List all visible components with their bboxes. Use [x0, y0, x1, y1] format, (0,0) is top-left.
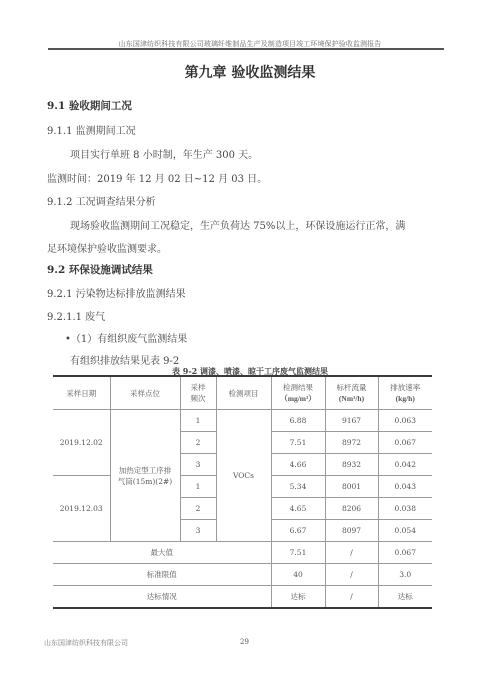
header-result-label: 检测结果 — [283, 383, 313, 392]
summary-flow: / — [325, 564, 378, 586]
cell-date: 2019.12.03 — [53, 476, 110, 542]
header-date: 采样日期 — [53, 376, 110, 410]
cell-frequency: 1 — [180, 476, 216, 498]
section-heading-9-1-2: 9.1.2 工况调查结果分析 — [47, 193, 156, 208]
paragraph-shift: 项目实行单班 8 小时制，年生产 300 天。 — [70, 146, 258, 161]
table-header-row: 采样日期 采样点位 采样频次 检测项目 检测结果（mg/m³） 标杆流量(Nm³… — [53, 376, 432, 410]
cell-result: 5.34 — [271, 476, 325, 498]
section-heading-9-2-1-1: 9.2.1.1 废气 — [47, 308, 105, 323]
header-rate-label: 排放速率 — [390, 383, 420, 392]
cell-flow: 8097 — [325, 520, 378, 542]
header-rate-unit: (kg/h) — [396, 394, 415, 403]
header-rate: 排放速率(kg/h) — [378, 376, 432, 410]
cell-result: 7.51 — [271, 432, 325, 454]
table-row: 2019.12.02 加热定型工序排气筒(15m)(2#) 1 VOCs 6.8… — [53, 410, 432, 432]
chapter-title: 第九章 验收监测结果 — [0, 62, 500, 82]
cell-rate: 0.043 — [378, 476, 432, 498]
section-heading-9-1-1: 9.1.1 监测期间工况 — [47, 122, 136, 137]
page-number: 29 — [240, 638, 249, 646]
cell-item: VOCs — [216, 410, 271, 542]
summary-rate: 0.067 — [378, 542, 432, 564]
paragraph-monitoring-time: 监测时间：2019 年 12 月 02 日~12 月 03 日。 — [47, 170, 267, 185]
header-item: 检测项目 — [216, 376, 271, 410]
paragraph-analysis-line-1: 现场验收监测期间工况稳定，生产负荷达 75%以上，环保设施运行正常，满 — [70, 217, 405, 232]
cell-flow: 8001 — [325, 476, 378, 498]
cell-flow: 9167 — [325, 410, 378, 432]
header-result: 检测结果（mg/m³） — [271, 376, 325, 410]
sampling-point-line-2: 气筒(15m)(2#) — [118, 477, 172, 486]
section-heading-9-2-1: 9.2.1 污染物达标排放监测结果 — [47, 285, 186, 300]
summary-row-max: 最大值 7.51 / 0.067 — [53, 542, 432, 564]
cell-flow: 8932 — [325, 454, 378, 476]
summary-row-compliance: 达标情况 达标 / 达标 — [53, 586, 432, 609]
summary-result: 达标 — [271, 586, 325, 609]
header-flow: 标杆流量(Nm³/h) — [325, 376, 378, 410]
header-flow-unit: (Nm³/h) — [339, 394, 364, 403]
cell-flow: 8972 — [325, 432, 378, 454]
summary-label: 最大值 — [53, 542, 271, 564]
summary-rate: 达标 — [378, 586, 432, 609]
cell-result: 4.65 — [271, 498, 325, 520]
cell-result: 6.88 — [271, 410, 325, 432]
summary-result: 40 — [271, 564, 325, 586]
sampling-point-line-1: 加热定型工序排 — [119, 466, 172, 475]
cell-result: 6.67 — [271, 520, 325, 542]
summary-flow: / — [325, 586, 378, 609]
cell-date: 2019.12.02 — [53, 410, 110, 476]
cell-frequency: 2 — [180, 432, 216, 454]
summary-flow: / — [325, 542, 378, 564]
header-flow-label: 标杆流量 — [337, 383, 367, 392]
cell-rate: 0.067 — [378, 432, 432, 454]
header-result-unit: （mg/m³） — [280, 394, 316, 403]
cell-result: 4.66 — [271, 454, 325, 476]
summary-row-limit: 标准限值 40 / 3.0 — [53, 564, 432, 586]
header-point: 采样点位 — [110, 376, 180, 410]
summary-result: 7.51 — [271, 542, 325, 564]
list-item-organized-emission: •（1）有组织废气监测结果 — [65, 330, 187, 345]
section-heading-9-1: 9.1 验收期间工况 — [47, 98, 132, 113]
cell-rate: 0.042 — [378, 454, 432, 476]
cell-sampling-point: 加热定型工序排气筒(15m)(2#) — [110, 410, 180, 542]
header-divider — [48, 48, 444, 50]
header-frequency-line-1: 采样 — [191, 383, 206, 392]
summary-rate: 3.0 — [378, 564, 432, 586]
header-frequency: 采样频次 — [180, 376, 216, 410]
paragraph-see-table: 有组织排放结果见表 9-2 — [70, 352, 179, 367]
monitoring-results-table: 采样日期 采样点位 采样频次 检测项目 检测结果（mg/m³） 标杆流量(Nm³… — [53, 375, 432, 609]
cell-frequency: 3 — [180, 454, 216, 476]
footer-company: 山东国津纺织科技有限公司 — [44, 638, 128, 648]
summary-label: 达标情况 — [53, 586, 271, 609]
summary-label: 标准限值 — [53, 564, 271, 586]
header-frequency-line-2: 频次 — [191, 394, 206, 403]
cell-frequency: 3 — [180, 520, 216, 542]
cell-rate: 0.054 — [378, 520, 432, 542]
cell-frequency: 1 — [180, 410, 216, 432]
cell-flow: 8206 — [325, 498, 378, 520]
section-heading-9-2: 9.2 环保设施调试结果 — [47, 262, 153, 277]
cell-frequency: 2 — [180, 498, 216, 520]
paragraph-analysis-line-2: 足环境保护验收监测要求。 — [47, 240, 167, 255]
cell-rate: 0.063 — [378, 410, 432, 432]
cell-rate: 0.038 — [378, 498, 432, 520]
